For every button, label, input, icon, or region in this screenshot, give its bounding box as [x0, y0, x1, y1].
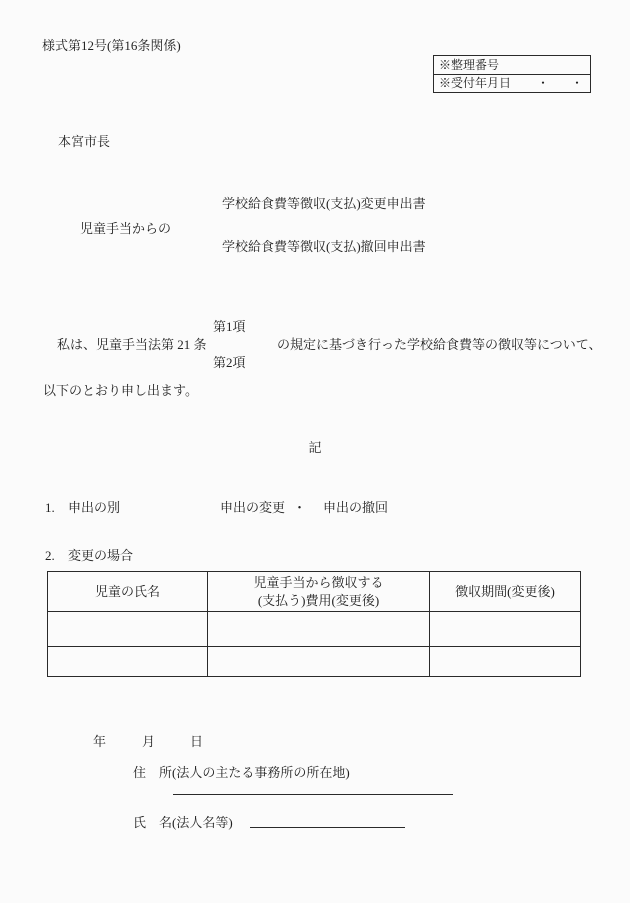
fee-header-line2: (支払う)費用(変更後)	[258, 593, 379, 608]
table-header-row: 児童の氏名 児童手当から徴収する (支払う)費用(変更後) 徴収期間(変更後)	[48, 572, 581, 612]
fee-cell	[208, 647, 430, 677]
name-label: 氏 名(法人名等)	[133, 815, 233, 831]
child-name-header: 児童の氏名	[48, 572, 208, 612]
item1-option-withdraw: 申出の撤回	[323, 500, 388, 516]
item2-label: 変更の場合	[68, 548, 133, 564]
table-row	[48, 612, 581, 647]
item1-label: 申出の別	[68, 500, 120, 516]
title-change-line: 学校給食費等徴収(支払)変更申出書	[222, 196, 426, 212]
address-label: 住 所(法人の主たる事務所の所在地)	[133, 765, 350, 781]
title-withdraw-line: 学校給食費等徴収(支払)撤回申出書	[222, 239, 426, 255]
address-fill-line	[173, 794, 453, 795]
registry-number-row: ※整理番号	[434, 56, 590, 74]
change-details-table: 児童の氏名 児童手当から徴収する (支払う)費用(変更後) 徴収期間(変更後)	[47, 571, 581, 677]
fee-header: 児童手当から徴収する (支払う)費用(変更後)	[208, 572, 430, 612]
name-fill-line	[250, 827, 405, 828]
item2-number: 2.	[45, 548, 55, 564]
title-prefix: 児童手当からの	[80, 221, 171, 237]
admin-use-box: ※整理番号 ※受付年月日 ・ ・	[433, 55, 591, 93]
item1-option-change: 申出の変更	[220, 500, 285, 516]
date-separator-dot: ・	[571, 76, 583, 91]
receipt-date-row: ※受付年月日 ・ ・	[434, 74, 590, 92]
date-month-label: 月	[142, 734, 155, 750]
date-day-label: 日	[190, 734, 203, 750]
item1-option-separator-dot: ・	[293, 500, 306, 516]
body-lead: 私は、児童手当法第 21 条	[57, 337, 207, 353]
clause-option-2: 第2項	[213, 355, 246, 371]
clause-option-1: 第1項	[213, 319, 246, 335]
body-continuation: の規定に基づき行った学校給食費等の徴収等について、	[277, 337, 601, 353]
item1-number: 1.	[45, 500, 55, 516]
date-separator-dot: ・	[537, 76, 549, 91]
addressee: 本宮市長	[58, 134, 110, 150]
period-cell	[430, 612, 581, 647]
period-header: 徴収期間(変更後)	[430, 572, 581, 612]
ki-mark: 記	[0, 440, 630, 456]
table-row	[48, 647, 581, 677]
date-year-label: 年	[93, 734, 106, 750]
registry-number-label: ※整理番号	[439, 58, 499, 73]
fee-cell	[208, 612, 430, 647]
period-cell	[430, 647, 581, 677]
fee-header-line1: 児童手当から徴収する	[253, 575, 383, 590]
form-number: 様式第12号(第16条関係)	[42, 38, 181, 54]
form-page: 様式第12号(第16条関係) ※整理番号 ※受付年月日 ・ ・ 本宮市長 学校給…	[0, 0, 630, 903]
body-closing: 以下のとおり申し出ます。	[43, 383, 198, 399]
child-name-cell	[48, 647, 208, 677]
child-name-cell	[48, 612, 208, 647]
receipt-date-label: ※受付年月日	[439, 76, 511, 91]
